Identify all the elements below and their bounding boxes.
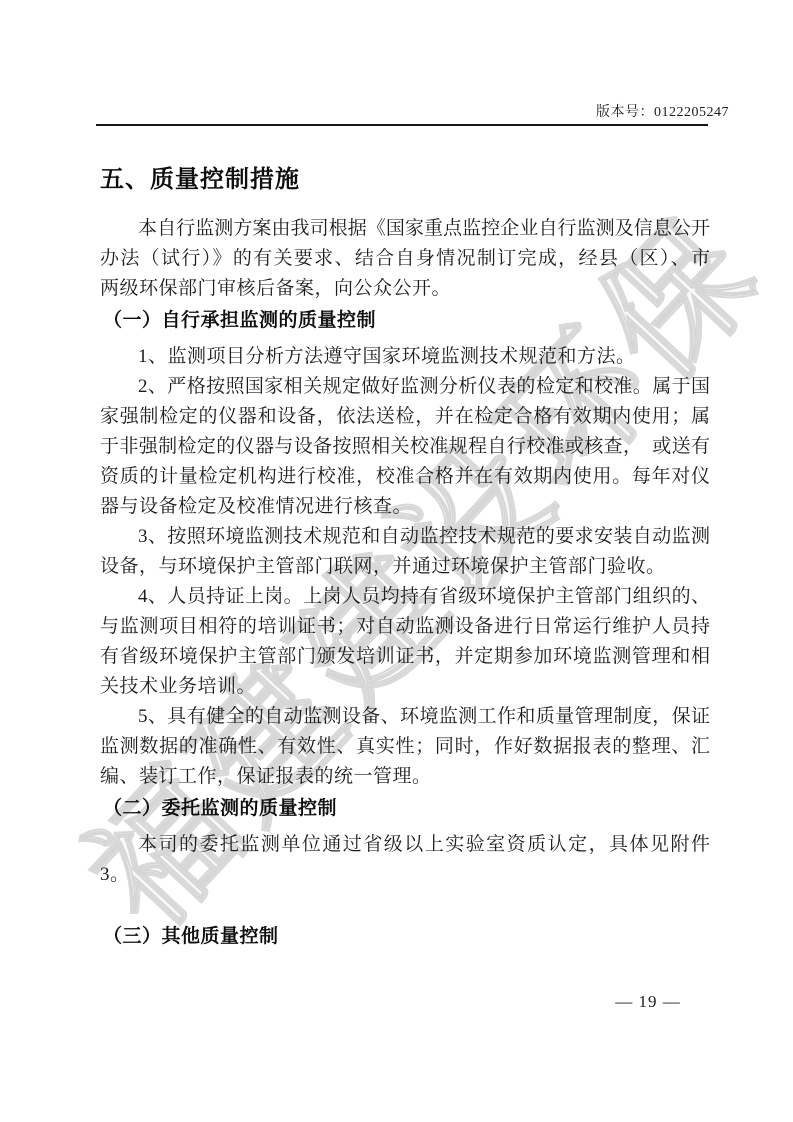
page-number: — 19 — xyxy=(593,992,703,1012)
paragraph-line: 设备，与环境保护主管部门联网，并通过环境保护主管部门验收。 xyxy=(100,552,710,582)
section-heading-1: （一）自行承担监测的质量控制 xyxy=(100,306,710,336)
paragraph-line: 5、具有健全的自动监测设备、环境监测工作和质量管理制度，保证 xyxy=(100,702,710,732)
paragraph-line: 资质的计量检定机构进行校准，校准合格并在有效期内使用。每年对仪 xyxy=(100,462,710,492)
document-page: 版本号：0122205247 福建建设环保 五、质量控制措施 本自行监测方案由我… xyxy=(0,0,793,1122)
paragraph-line: 1、监测项目分析方法遵守国家环境监测技术规范和方法。 xyxy=(100,342,710,372)
paragraph-line: 3。 xyxy=(100,860,710,890)
document-body: 五、质量控制措施 本自行监测方案由我司根据《国家重点监控企业自行监测及信息公开 … xyxy=(100,166,710,958)
paragraph-line: 2、严格按照国家相关规定做好监测分析仪表的检定和校准。属于国 xyxy=(100,372,710,402)
paragraph-line: 本自行监测方案由我司根据《国家重点监控企业自行监测及信息公开 xyxy=(100,214,710,244)
paragraph-line: 监测数据的准确性、有效性、真实性；同时，作好数据报表的整理、汇 xyxy=(100,732,710,762)
page-title: 五、质量控制措施 xyxy=(100,166,710,194)
section-heading-2: （二）委托监测的质量控制 xyxy=(100,794,710,824)
paragraph-line: 两级环保部门审核后备案，向公众公开。 xyxy=(100,274,710,304)
paragraph-line: 家强制检定的仪器和设备，依法送检，并在检定合格有效期内使用；属 xyxy=(100,402,710,432)
paragraph-line: 器与设备检定及校准情况进行核查。 xyxy=(100,492,710,522)
paragraph-line: 编、装订工作，保证报表的统一管理。 xyxy=(100,762,710,792)
section-heading-3: （三）其他质量控制 xyxy=(100,922,710,952)
header-divider xyxy=(96,124,708,126)
paragraph-line: 关技术业务培训。 xyxy=(100,672,710,702)
paragraph-line: 3、按照环境监测技术规范和自动监控技术规范的要求安装自动监测 xyxy=(100,522,710,552)
paragraph-line: 有省级环境保护主管部门颁发培训证书，并定期参加环境监测管理和相 xyxy=(100,642,710,672)
paragraph-line: 4、人员持证上岗。上岗人员均持有省级环境保护主管部门组织的、 xyxy=(100,582,710,612)
paragraph-line: 于非强制检定的仪器与设备按照相关校准规程自行校准或核查， 或送有 xyxy=(100,432,710,462)
version-number-label: 版本号：0122205247 xyxy=(596,101,729,121)
paragraph-line: 办法（试行）》的有关要求、结合自身情况制订完成，经县（区）、市 xyxy=(100,244,710,274)
paragraph-line: 本司的委托监测单位通过省级以上实验室资质认定，具体见附件 xyxy=(100,830,710,860)
blank-line xyxy=(100,890,710,920)
paragraph-line: 与监测项目相符的培训证书；对自动监测设备进行日常运行维护人员持 xyxy=(100,612,710,642)
